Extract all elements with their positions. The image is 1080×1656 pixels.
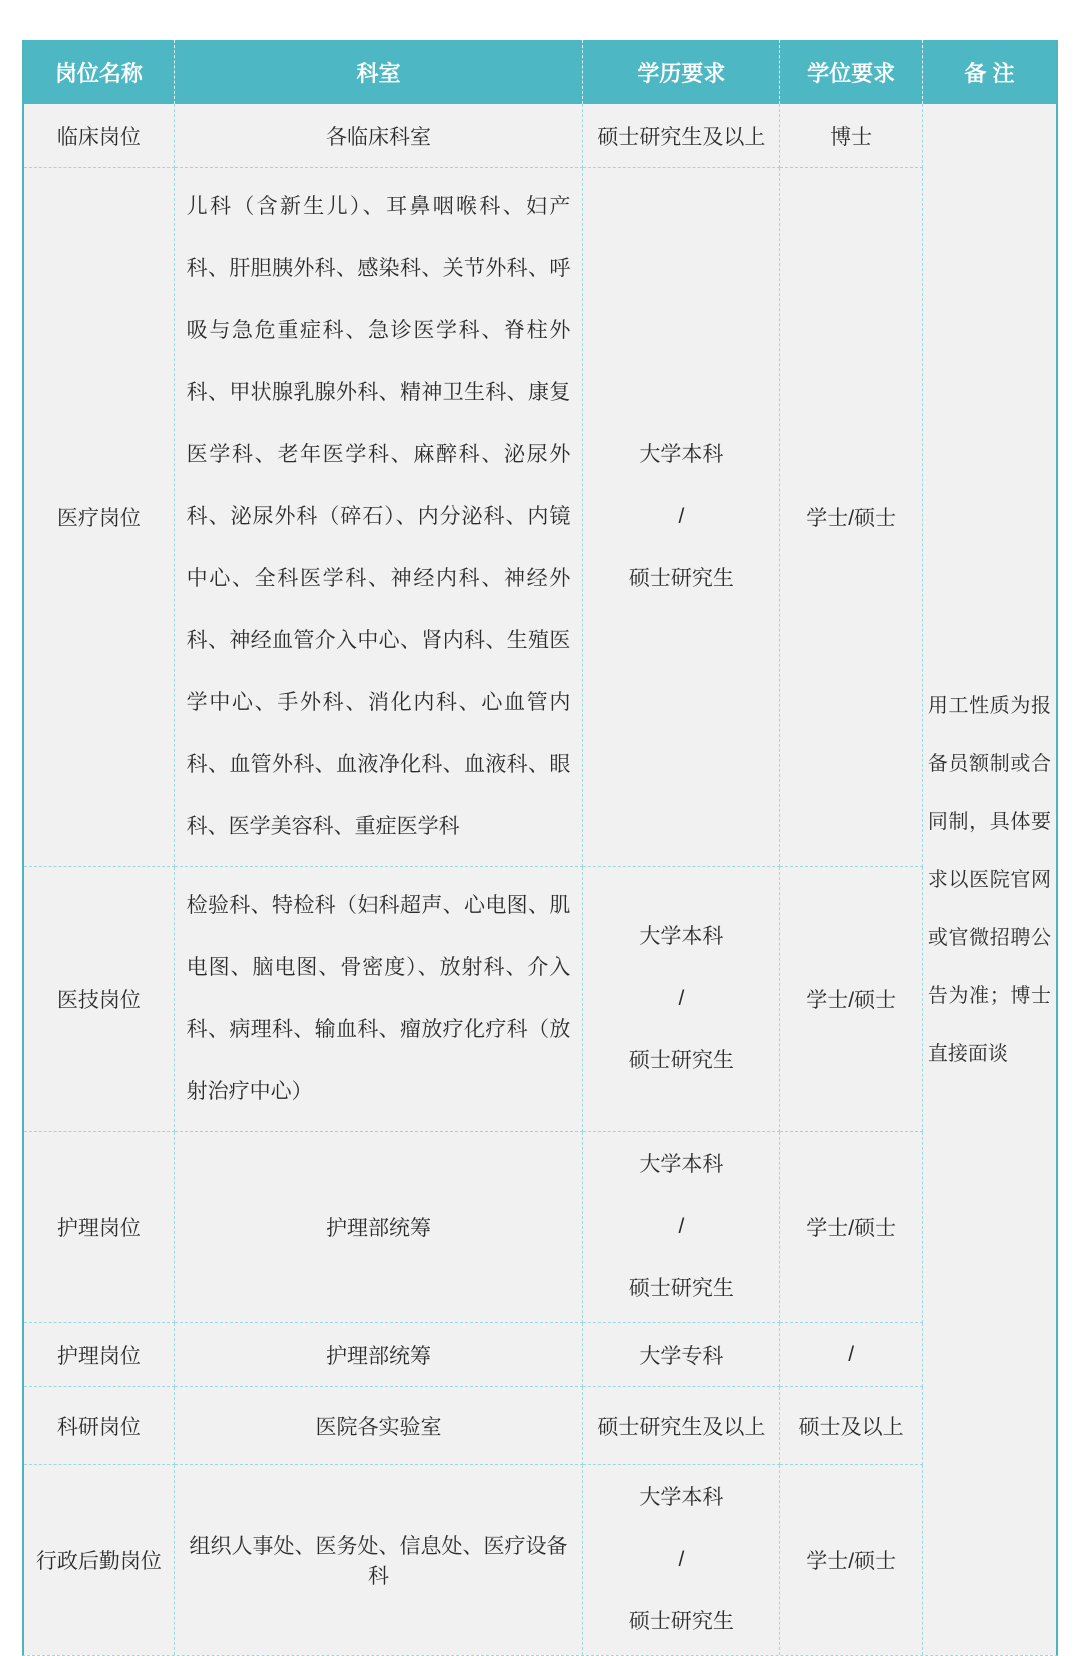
cell-department: 检验科、特检科（妇科超声、心电图、肌电图、脑电图、骨密度）、放射科、介入科、病理…	[175, 867, 584, 1132]
cell-department: 组织人事处、医务处、信息处、医疗设备科	[175, 1465, 584, 1655]
cell-department: 医院各实验室	[175, 1387, 584, 1465]
header-row: 岗位名称 科室 学历要求 学位要求 备 注	[24, 40, 1056, 104]
cell-degree: 学士/硕士	[780, 867, 922, 1132]
cell-position: 行政后勤岗位	[24, 1465, 175, 1655]
header-remark: 备 注	[923, 40, 1056, 104]
cell-education: 大学专科	[583, 1323, 780, 1387]
cell-degree: 学士/硕士	[780, 1132, 922, 1323]
cell-position: 护理岗位	[24, 1132, 175, 1323]
cell-degree: 博士	[780, 104, 922, 168]
table-row-medical: 医疗岗位 儿科（含新生儿）、耳鼻咽喉科、妇产科、肝胆胰外科、感染科、关节外科、呼…	[24, 168, 1056, 867]
cell-position: 医疗岗位	[24, 168, 175, 867]
cell-education: 大学本科 / 硕士研究生	[583, 1465, 780, 1655]
recruitment-table-grid: 岗位名称 科室 学历要求 学位要求 备 注 临床岗位 各临床科室 硕士研究生及以…	[24, 40, 1056, 1655]
cell-education: 硕士研究生及以上	[583, 104, 780, 168]
cell-remark: 用工性质为报备员额制或合同制，具体要求以医院官网或官微招聘公告为准；博士直接面谈	[923, 104, 1056, 1655]
header-department: 科室	[175, 40, 584, 104]
cell-department: 护理部统筹	[175, 1323, 584, 1387]
cell-department: 各临床科室	[175, 104, 584, 168]
cell-degree: 学士/硕士	[780, 1465, 922, 1655]
table-row-nursing-2: 护理岗位 护理部统筹 大学专科 /	[24, 1323, 1056, 1387]
header-position: 岗位名称	[24, 40, 175, 104]
cell-degree: 硕士及以上	[780, 1387, 922, 1465]
cell-education: 硕士研究生及以上	[583, 1387, 780, 1465]
table-row-nursing-1: 护理岗位 护理部统筹 大学本科 / 硕士研究生 学士/硕士	[24, 1132, 1056, 1323]
cell-education: 大学本科 / 硕士研究生	[583, 1132, 780, 1323]
cell-department: 护理部统筹	[175, 1132, 584, 1323]
page: 岗位名称 科室 学历要求 学位要求 备 注 临床岗位 各临床科室 硕士研究生及以…	[0, 0, 1080, 1656]
table-row-clinical: 临床岗位 各临床科室 硕士研究生及以上 博士 用工性质为报备员额制或合同制，具体…	[24, 104, 1056, 168]
table-row-research: 科研岗位 医院各实验室 硕士研究生及以上 硕士及以上	[24, 1387, 1056, 1465]
cell-degree: /	[780, 1323, 922, 1387]
cell-position: 临床岗位	[24, 104, 175, 168]
table-row-admin: 行政后勤岗位 组织人事处、医务处、信息处、医疗设备科 大学本科 / 硕士研究生 …	[24, 1465, 1056, 1655]
recruitment-table: 岗位名称 科室 学历要求 学位要求 备 注 临床岗位 各临床科室 硕士研究生及以…	[22, 40, 1058, 1656]
cell-position: 护理岗位	[24, 1323, 175, 1387]
header-education: 学历要求	[583, 40, 780, 104]
cell-department: 儿科（含新生儿）、耳鼻咽喉科、妇产科、肝胆胰外科、感染科、关节外科、呼吸与急危重…	[175, 168, 584, 867]
cell-degree: 学士/硕士	[780, 168, 922, 867]
cell-position: 医技岗位	[24, 867, 175, 1132]
cell-education: 大学本科 / 硕士研究生	[583, 867, 780, 1132]
table-row-medtech: 医技岗位 检验科、特检科（妇科超声、心电图、肌电图、脑电图、骨密度）、放射科、介…	[24, 867, 1056, 1132]
cell-position: 科研岗位	[24, 1387, 175, 1465]
header-degree: 学位要求	[780, 40, 922, 104]
cell-education: 大学本科 / 硕士研究生	[583, 168, 780, 867]
